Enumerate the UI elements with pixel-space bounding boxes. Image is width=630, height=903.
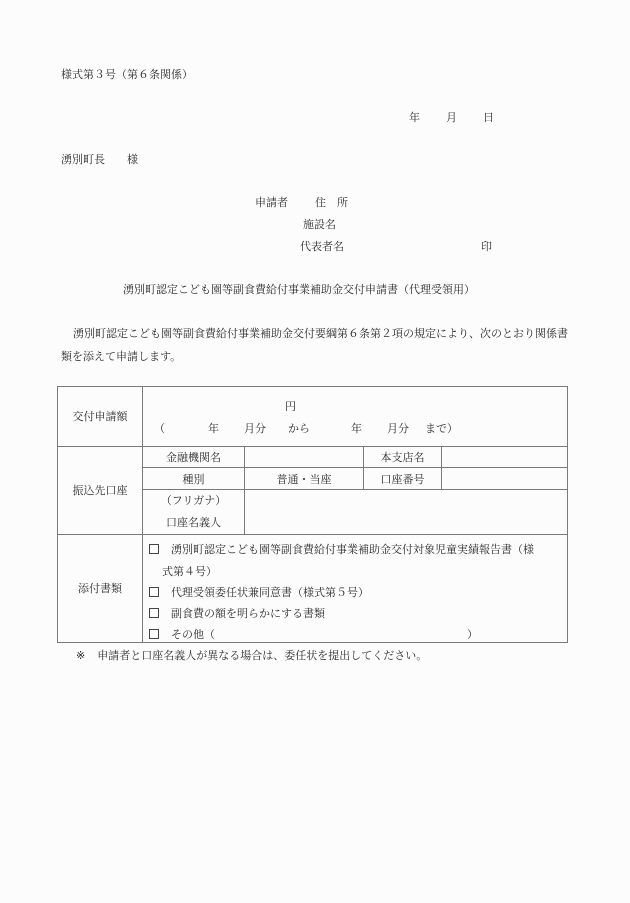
branch-label: 本支店名 (364, 451, 441, 465)
grant-amount-label: 交付申請額 (58, 410, 142, 424)
attachment-item-3: 副食費の額を明らかにする書類 (149, 605, 325, 621)
body-text: 湧別町認定こども園等副食費給付事業補助金交付要綱第６条第２項の規定により、次のと… (61, 322, 571, 368)
attachment-item-4-text: その他（ (171, 628, 215, 641)
attachment-item-2: 代理受領委任状兼同意書（様式第５号） (149, 584, 369, 600)
account-number-input[interactable] (442, 468, 568, 489)
applicant-label: 申請者 (255, 196, 288, 210)
checkbox-icon[interactable] (149, 544, 159, 554)
date-line: 年月日 (409, 111, 494, 125)
furigana-label: （フリガナ） (143, 494, 244, 508)
grant-amount-input-area[interactable] (144, 389, 568, 445)
account-holder-label: 口座名義人 (143, 516, 244, 530)
applicant-representative-label: 代表者名 (300, 240, 344, 254)
account-holder-input[interactable] (245, 490, 568, 534)
checkbox-icon[interactable] (149, 587, 159, 597)
institution-input[interactable] (245, 447, 363, 467)
attachment-item-2-text: 代理受領委任状兼同意書（様式第５号） (171, 586, 369, 599)
row-divider (58, 534, 567, 535)
footnote-text: 申請者と口座名義人が異なる場合は、委任状を提出してください。 (97, 649, 427, 662)
branch-input[interactable] (442, 447, 568, 467)
attachment-other-close-paren: ） (467, 626, 478, 642)
bank-account-label: 振込先口座 (58, 484, 142, 498)
attachments-label: 添付書類 (58, 582, 142, 596)
footnote: ※申請者と口座名義人が異なる場合は、委任状を提出してください。 (76, 649, 427, 663)
attachment-item-1: 湧別町認定こども園等副食費給付事業補助金交付対象児童実績報告書（様 (149, 541, 534, 557)
date-day-label: 日 (483, 111, 494, 125)
checkbox-icon[interactable] (149, 608, 159, 618)
account-type-options[interactable]: 普通・当座 (245, 473, 363, 487)
applicant-facility-label: 施設名 (303, 218, 336, 232)
applicant-address-label: 住 所 (315, 196, 348, 210)
date-month-label: 月 (446, 111, 483, 125)
checkbox-icon[interactable] (149, 629, 159, 639)
attachment-item-1-cont: 式第４号） (162, 563, 217, 579)
addressee: 湧別町長 様 (61, 153, 138, 167)
attachment-item-4: その他（ (149, 626, 215, 642)
attachment-item-1-text: 湧別町認定こども園等副食費給付事業補助金交付対象児童実績報告書（様 (171, 543, 534, 556)
column-divider (142, 387, 143, 642)
seal-mark: 印 (481, 240, 492, 254)
attachment-other-input[interactable] (233, 624, 463, 641)
account-number-label: 口座番号 (364, 473, 441, 487)
document-title: 湧別町認定こども園等副食費給付事業補助金交付申請書（代理受領用） (123, 283, 475, 297)
date-year-label: 年 (409, 111, 446, 125)
form-number: 様式第３号（第６条関係） (61, 68, 193, 82)
account-type-label: 種別 (143, 473, 244, 487)
footnote-mark: ※ (76, 649, 85, 662)
institution-label: 金融機関名 (143, 451, 244, 465)
application-table: 交付申請額 円 （ 年 月分 から 年 月分 まで） 振込先口座 金融機関名 本… (57, 386, 568, 643)
attachment-item-3-text: 副食費の額を明らかにする書類 (171, 607, 325, 620)
